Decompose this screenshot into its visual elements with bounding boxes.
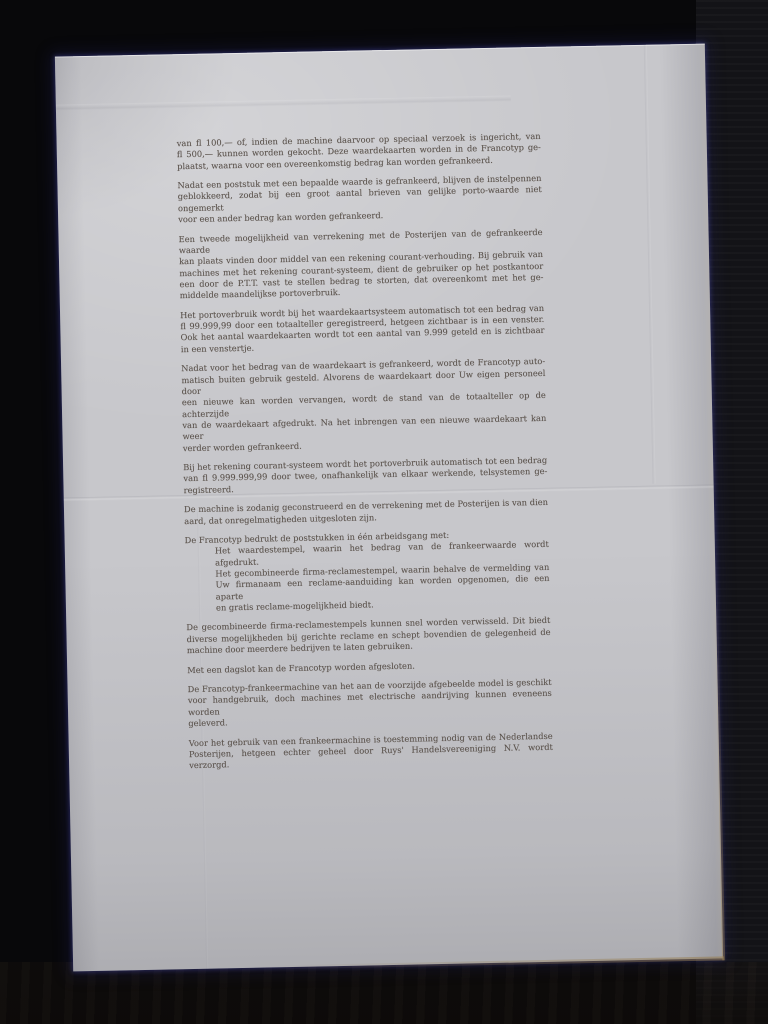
paragraph: Nadat een poststuk met een bepaalde waar… [177,173,542,226]
paragraph: De gecombineerde firma-reclamestempels k… [186,615,551,656]
paragraph: Voor het gebruik van een frankeermachine… [189,730,554,771]
paper-top-wrinkle [56,95,511,110]
paragraph: Het portoverbruik wordt bij het waardeka… [180,303,545,356]
paragraph: Met een dagslot kan de Francotyp worden … [187,657,551,676]
paragraph: De machine is zodanig geconstrueerd en d… [184,497,548,527]
paper-vertical-crease [643,45,655,484]
paragraph: Nadat voor het bedrag van de waardekaart… [181,356,547,454]
paragraph: Een tweede mogelijkheid van verrekening … [178,226,543,301]
paragraph: De Francotyp bedrukt de poststukken in é… [185,528,551,615]
photo-background: van fl 100,— of, indien de machine daarv… [0,0,768,1024]
document-text: van fl 100,— of, indien de machine daarv… [177,131,554,772]
paper-sheet: van fl 100,— of, indien de machine daarv… [55,44,723,972]
paragraph: van fl 100,— of, indien de machine daarv… [177,131,542,172]
background-bottom-surface [0,962,768,1024]
paragraph: De Francotyp-frankeermachine van het aan… [188,677,553,730]
text-line: Met een dagslot kan de Francotyp worden … [187,657,551,676]
paragraph: Bij het rekening courant-systeem wordt h… [183,455,548,496]
